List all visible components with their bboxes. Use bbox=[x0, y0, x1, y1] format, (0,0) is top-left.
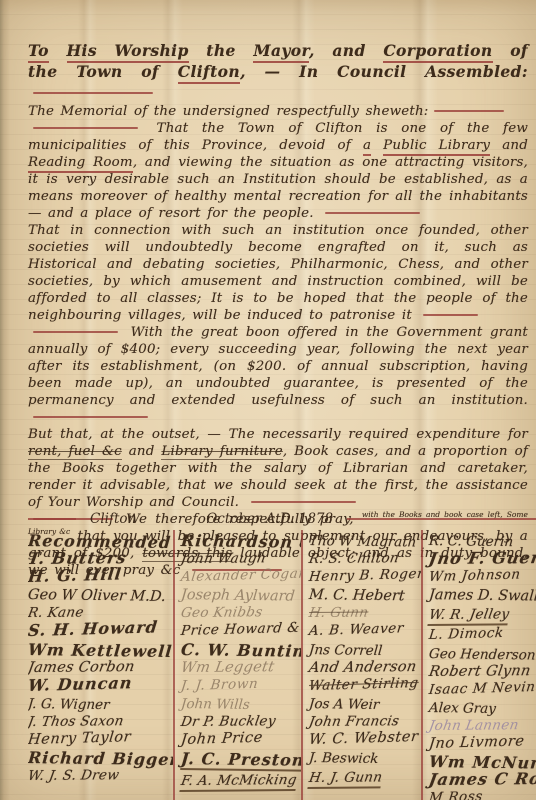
text-segment: and bbox=[490, 138, 528, 153]
signature: A. B. Weaver bbox=[308, 619, 421, 640]
signature: Wm Johnson bbox=[428, 565, 536, 586]
text-segment: His Worship bbox=[67, 41, 189, 63]
text-segment: , and bbox=[309, 41, 383, 60]
text-segment: With the great boon offered in the Gover… bbox=[28, 325, 528, 408]
text-segment: rent, fuel &c bbox=[28, 444, 122, 460]
signature-column-2: Richardson & CoJohn WaughAlexander Cogan… bbox=[173, 530, 301, 800]
signature: Jno Livmore bbox=[428, 732, 536, 753]
red-rule bbox=[325, 212, 420, 214]
document-page: To His Worship the Mayor, and Corporatio… bbox=[0, 0, 536, 800]
signature: J. J. Brown bbox=[180, 673, 301, 695]
red-rule bbox=[33, 416, 148, 418]
text-segment: a bbox=[363, 138, 371, 156]
text-segment bbox=[371, 138, 383, 153]
text-segment: the bbox=[189, 41, 254, 60]
signature-section: Clifton October A.D. 1878 RecommendedT. … bbox=[28, 508, 536, 800]
signature: H. J. Gunn bbox=[307, 769, 384, 790]
signature: Henry Taylor bbox=[28, 727, 173, 749]
signature: James D. Swallow bbox=[428, 586, 536, 606]
red-rule bbox=[33, 127, 138, 129]
text-segment bbox=[49, 41, 67, 60]
signature: H. G. Hill bbox=[28, 564, 173, 586]
text-segment: Public Library bbox=[383, 138, 490, 156]
text-segment: Corporation bbox=[383, 41, 492, 63]
signature-column-4: R. C. GuerinJno F. GuerinWm JohnsonJames… bbox=[421, 530, 536, 800]
text-segment: Clifton bbox=[178, 62, 240, 84]
red-rule bbox=[28, 518, 76, 520]
dateline: Clifton October A.D. 1878 bbox=[28, 508, 536, 530]
memorial-paragraph: That the Town of Clifton is one of the f… bbox=[28, 120, 528, 222]
signature: L. Dimock bbox=[428, 623, 536, 644]
red-rule bbox=[434, 110, 504, 112]
text-segment: Reading Room bbox=[28, 155, 133, 173]
signature: Price Howard & Co bbox=[180, 619, 301, 641]
text-segment: Library furniture bbox=[161, 444, 282, 460]
memorial-paragraph: That in connection with such an institut… bbox=[28, 222, 528, 324]
signature: W. C. Webster bbox=[308, 728, 421, 749]
signature-column-3: Tho W MagrathR. S. ChiltonHenry B. Roger… bbox=[301, 530, 421, 800]
memorial-paragraph: To His Worship the Mayor, and Corporatio… bbox=[28, 40, 528, 103]
text-segment: and bbox=[122, 444, 162, 459]
text-segment: Mayor bbox=[253, 41, 309, 63]
signature-columns: RecommendedT. ButtersH. G. HillGeo W Oli… bbox=[28, 530, 536, 800]
signature-column-1: RecommendedT. ButtersH. G. HillGeo W Oli… bbox=[28, 530, 173, 800]
red-rule bbox=[423, 314, 478, 316]
signature: Alexander Cogan bbox=[180, 565, 301, 587]
text-segment: To bbox=[28, 41, 49, 63]
dateline-place: Clifton bbox=[90, 511, 136, 527]
signature: W. Duncan bbox=[28, 673, 173, 695]
signature: W. J. S. Drew bbox=[28, 766, 173, 785]
red-rule bbox=[347, 518, 536, 520]
signature: J. C. Preston bbox=[180, 750, 301, 772]
signature: M Ross bbox=[428, 786, 536, 800]
dateline-date: October A.D. 1878 bbox=[206, 511, 333, 527]
memorial-text: To His Worship the Mayor, and Corporatio… bbox=[28, 40, 528, 579]
red-rule bbox=[33, 331, 118, 333]
signature: Isaac M Nevin bbox=[428, 678, 536, 699]
signature: S. H. Howard bbox=[28, 618, 173, 640]
memorial-paragraph: The Memorial of the undersigned respectf… bbox=[28, 103, 528, 120]
memorial-paragraph: With the great boon offered in the Gover… bbox=[28, 324, 528, 426]
text-segment: The Memorial of the undersigned respectf… bbox=[28, 104, 429, 119]
text-segment: , — In Council Assembled: bbox=[240, 62, 528, 81]
signature: John Price bbox=[180, 728, 301, 750]
text-segment: But that, at the outset, — The necessari… bbox=[28, 427, 528, 442]
red-rule bbox=[251, 501, 356, 503]
red-rule bbox=[33, 92, 153, 94]
signature: F. A. McMicking bbox=[179, 771, 298, 792]
text-segment: That in connection with such an institut… bbox=[28, 223, 528, 323]
signature: J. Beswick bbox=[308, 749, 421, 769]
memorial-paragraph: But that, at the outset, — The necessari… bbox=[28, 426, 528, 511]
signature: Henry B. Rogers bbox=[308, 565, 421, 586]
signature: Walter Stirling bbox=[308, 674, 421, 695]
